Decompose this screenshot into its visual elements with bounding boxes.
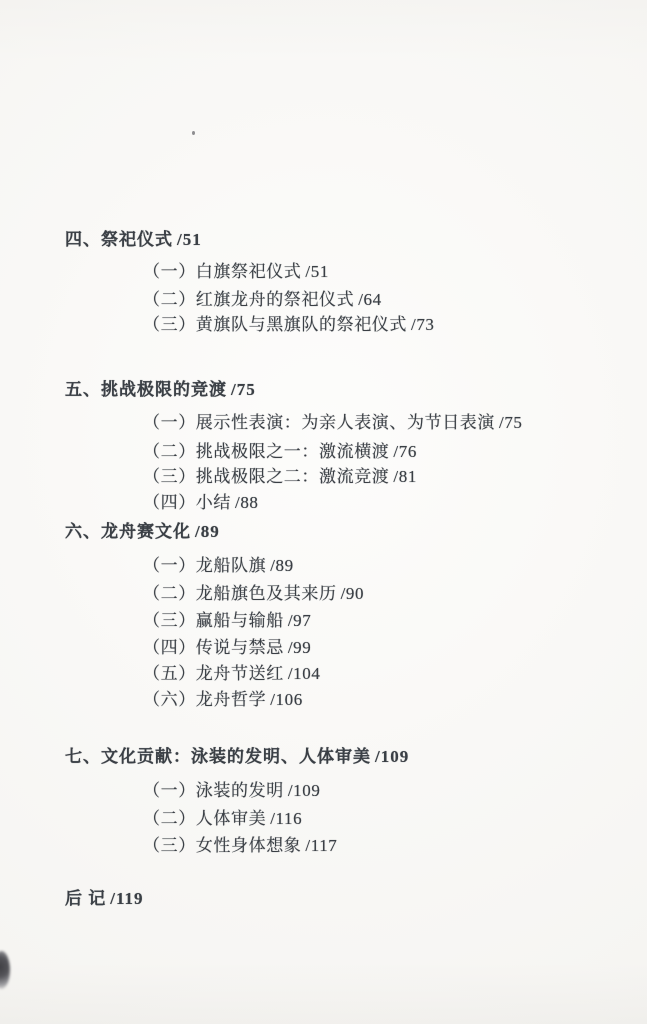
item-title: （二）红旗龙舟的祭祀仪式	[143, 290, 354, 309]
page-number: /75	[499, 413, 523, 432]
item-title: （四）传说与禁忌	[143, 638, 284, 657]
item-title: （三）赢船与输船	[143, 611, 284, 630]
item-title: （二）人体审美	[143, 809, 266, 828]
page-number: /89	[195, 522, 220, 541]
page-number: /89	[270, 556, 294, 575]
page-number: /109	[375, 747, 409, 766]
item-title: （二）挑战极限之一：激流横渡	[143, 442, 389, 461]
section-title: 七、文化贡献：泳装的发明、人体审美	[65, 747, 371, 766]
page-number: /76	[393, 442, 417, 461]
item-title: （一）白旗祭祀仪式	[143, 262, 301, 281]
scanned-book-page: 四、祭祀仪式/51 （一）白旗祭祀仪式/51 （二）红旗龙舟的祭祀仪式/64 （…	[0, 0, 647, 1024]
toc-item: （六）龙舟哲学/106	[143, 687, 303, 713]
toc-item: （二）挑战极限之一：激流横渡/76	[143, 439, 417, 465]
toc-backmatter: 后 记/119	[65, 886, 144, 912]
toc-section-heading: 六、龙舟赛文化/89	[65, 519, 220, 545]
item-title: （三）女性身体想象	[143, 836, 301, 855]
page-number: /51	[177, 230, 202, 249]
backmatter-title: 后 记	[65, 889, 106, 908]
toc-item: （三）女性身体想象/117	[143, 833, 337, 859]
toc-item: （二）人体审美/116	[143, 806, 302, 832]
item-title: （二）龙船旗色及其来历	[143, 584, 337, 603]
toc-item: （一）展示性表演：为亲人表演、为节日表演/75	[143, 410, 523, 436]
page-number: /117	[305, 836, 337, 855]
item-title: （一）泳装的发明	[143, 781, 284, 800]
page-number: /64	[358, 290, 382, 309]
toc-item: （三）挑战极限之二：激流竞渡/81	[143, 464, 417, 490]
section-title: 四、祭祀仪式	[65, 230, 173, 249]
item-title: （四）小结	[143, 493, 231, 512]
page-number: /109	[288, 781, 321, 800]
toc-item: （一）白旗祭祀仪式/51	[143, 259, 329, 285]
toc-item: （二）龙船旗色及其来历/90	[143, 581, 364, 607]
page-number: /75	[231, 380, 256, 399]
scan-smudge-artifact	[0, 951, 10, 989]
page-number: /106	[270, 690, 303, 709]
item-title: （三）挑战极限之二：激流竞渡	[143, 467, 389, 486]
page-number: /81	[393, 467, 417, 486]
toc-section-heading: 七、文化贡献：泳装的发明、人体审美/109	[65, 744, 409, 770]
section-title: 五、挑战极限的竞渡	[65, 380, 227, 399]
page-number: /73	[411, 315, 435, 334]
item-title: （一）展示性表演：为亲人表演、为节日表演	[143, 413, 495, 432]
page-number: /97	[288, 611, 312, 630]
toc-item: （三）赢船与输船/97	[143, 608, 311, 634]
toc-item: （四）小结/88	[143, 490, 259, 516]
page-number: /51	[305, 262, 329, 281]
page-number: /119	[110, 889, 143, 908]
toc-item: （四）传说与禁忌/99	[143, 635, 311, 661]
page-number: /99	[288, 638, 312, 657]
item-title: （六）龙舟哲学	[143, 690, 266, 709]
toc-item: （三）黄旗队与黑旗队的祭祀仪式/73	[143, 312, 435, 338]
item-title: （五）龙舟节送红	[143, 664, 284, 683]
toc-item: （一）龙船队旗/89	[143, 553, 294, 579]
page-number: /90	[341, 584, 365, 603]
toc-section-heading: 四、祭祀仪式/51	[65, 227, 202, 253]
scan-speck-artifact	[192, 131, 195, 135]
toc-item: （二）红旗龙舟的祭祀仪式/64	[143, 287, 382, 313]
item-title: （一）龙船队旗	[143, 556, 266, 575]
page-number: /88	[235, 493, 259, 512]
page-number: /116	[270, 809, 302, 828]
page-number: /104	[288, 664, 321, 683]
item-title: （三）黄旗队与黑旗队的祭祀仪式	[143, 315, 407, 334]
section-title: 六、龙舟赛文化	[65, 522, 191, 541]
toc-item: （五）龙舟节送红/104	[143, 661, 320, 687]
toc-item: （一）泳装的发明/109	[143, 778, 320, 804]
toc-section-heading: 五、挑战极限的竞渡/75	[65, 377, 256, 403]
